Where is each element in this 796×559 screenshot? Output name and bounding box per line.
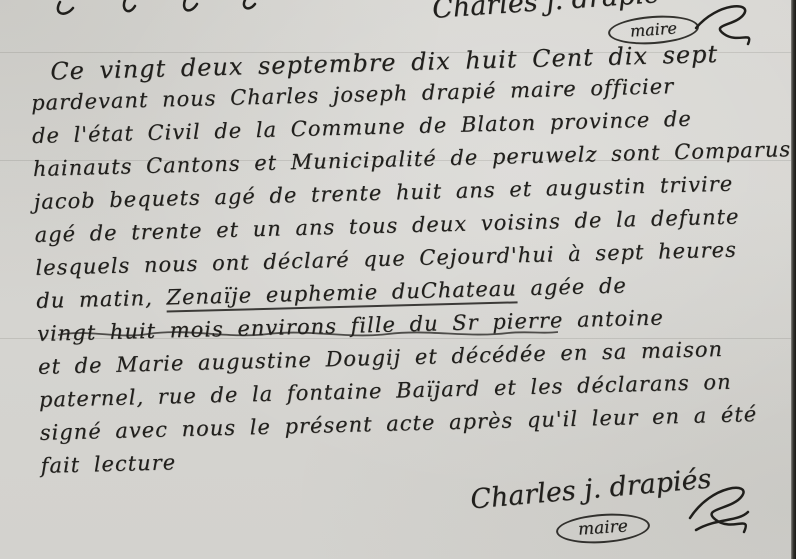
scanned-register-page: Charles j. drapié maire Ce vingt deux se… — [0, 0, 796, 559]
act-line-8-suffix: agée de — [516, 273, 627, 300]
page-binding-edge — [791, 0, 796, 559]
maire-oval-stamp: maire — [555, 511, 651, 546]
act-body: Ce vingt deux septembre dix huit Cent di… — [30, 38, 787, 486]
mayor-signature-title: maire — [555, 511, 651, 546]
cutoff-strokes-icon — [55, 0, 275, 22]
act-line-8-prefix: du matin, — [36, 286, 167, 313]
